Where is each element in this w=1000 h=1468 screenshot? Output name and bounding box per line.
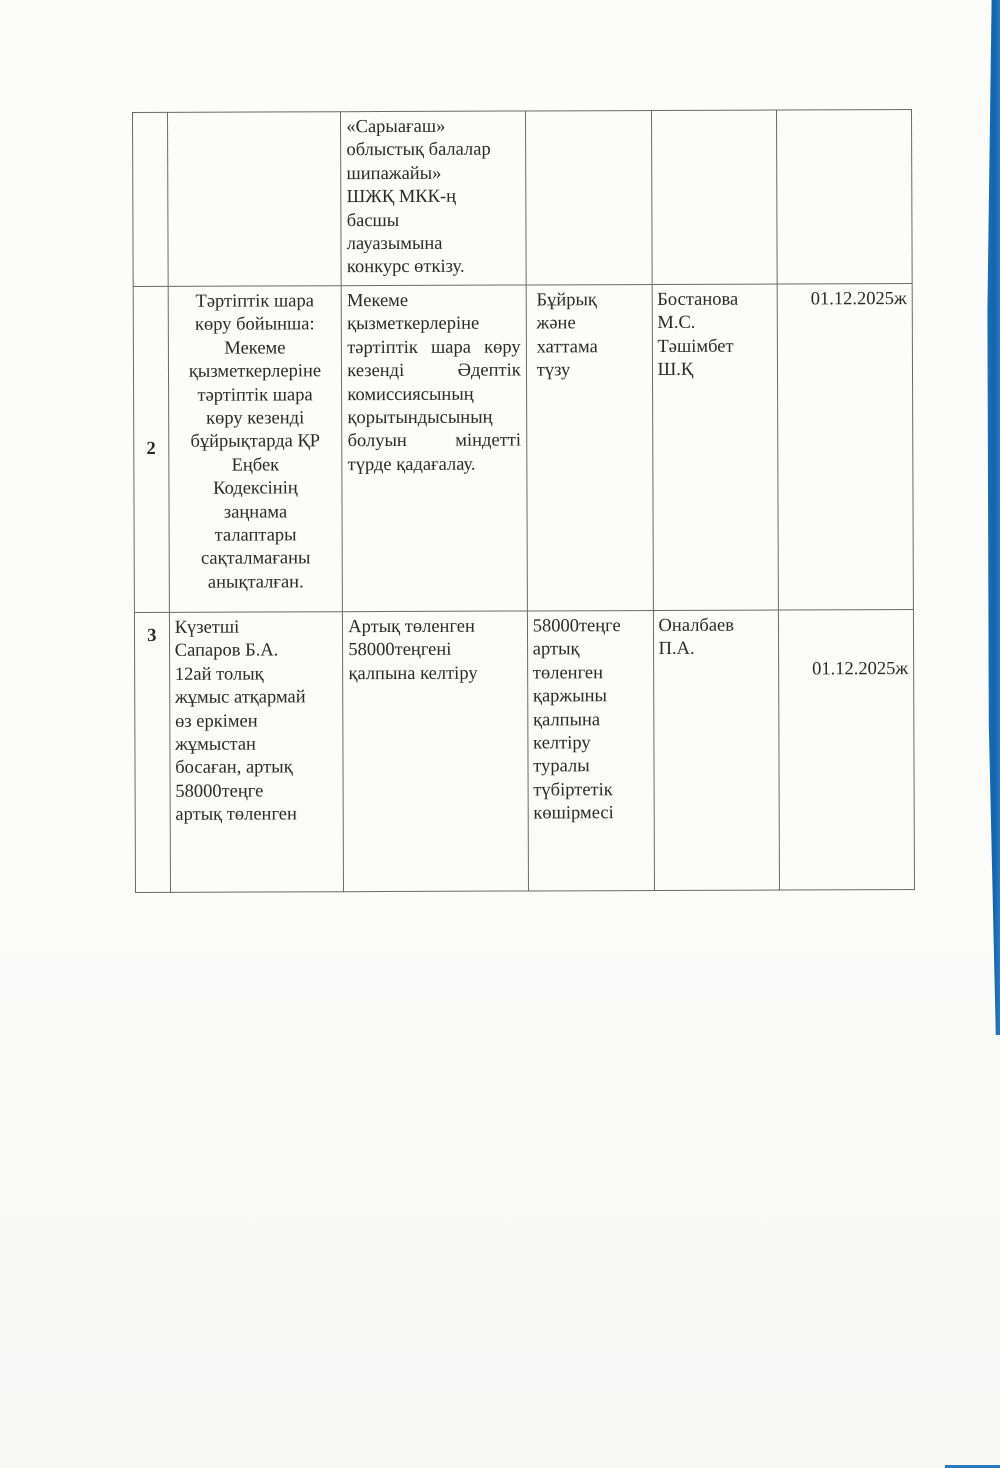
cell-text-line: сақталмағаны [174, 548, 337, 572]
cell-text-line: түзу [537, 359, 647, 383]
cell-text-line: заңнама [174, 501, 337, 525]
cell-text-line: конкурс өткізу. [347, 256, 521, 280]
cell-text-line: шипажайы» [346, 162, 520, 186]
cell-text-line: П.А. [659, 638, 774, 662]
cell-text-line: М.С. [657, 312, 772, 336]
cell-text-line: анықталған. [174, 571, 337, 595]
cell-text-line: бұйрықтарда ҚР [174, 431, 337, 455]
cell-text-line: талаптары [174, 524, 337, 548]
cell-text-line: қалпына [533, 709, 648, 733]
responsible-cell: ОналбаевП.А. [653, 610, 780, 890]
cell-text-line: және [536, 312, 646, 336]
cell-text-line: босаған, артық [175, 757, 338, 781]
cell-text-line: Кодексінің [174, 477, 337, 501]
cell-text-line: қалпына келтіру [348, 662, 522, 686]
row-number: 2 [133, 286, 169, 612]
cell-text-line: келтіру [533, 732, 648, 756]
table-row: 3 КүзетшіСапаров Б.А.12ай толықжұмыс атқ… [134, 610, 914, 893]
finding-cell: КүзетшіСапаров Б.А.12ай толықжұмыс атқар… [169, 612, 344, 893]
row-number: 3 [134, 612, 170, 892]
cell-text-line: өз еркімен [175, 710, 338, 734]
deadline-cell: 01.12.2025ж [778, 284, 914, 611]
cell-text-line: көру бойынша: [173, 314, 336, 338]
cell-text-line: Бұйрық [536, 289, 646, 313]
cell-text-line: тәртіптік шара [174, 384, 337, 408]
action-cell: Мекеме қызметкерлеріне тәртіптік шара кө… [341, 285, 527, 612]
document-cell: 58000теңгеартықтөленгенқаржынықалпынакел… [527, 611, 654, 891]
cell-text-line: басшы [347, 209, 521, 233]
cell-text-line: Ш.Қ [658, 359, 773, 383]
cell-text-line: туралы [533, 755, 648, 779]
responsible-cell: БостановаМ.С.ТәшімбетШ.Қ [652, 284, 779, 610]
cell-text-line: лауазымына [347, 233, 521, 257]
cell-text-line: жұмыстан [175, 733, 338, 757]
cell-text-line: «Сарыағаш» [346, 116, 520, 140]
cell-text-line: қаржыны [533, 685, 648, 709]
cell-text-line: артық [533, 638, 648, 662]
cell-text-line: 58000теңгені [348, 639, 522, 663]
cell-text-line: қызметкерлеріне [174, 360, 337, 384]
cell-text-line: ШЖҚ МКК-ң [347, 186, 521, 210]
cell-text-line: 58000теңге [533, 615, 648, 639]
deadline-cell [777, 110, 912, 285]
cell-text-line: Бостанова [657, 289, 772, 313]
cell-text-line: көру кезенді [174, 407, 337, 431]
cell-text-line: артық төленген [175, 803, 338, 827]
action-cell: «Сарыағаш»облыстық балаларшипажайы»ШЖҚ М… [341, 111, 526, 286]
action-plan-table: «Сарыағаш»облыстық балаларшипажайы»ШЖҚ М… [132, 109, 915, 893]
cell-text-line: Артық төленген [348, 616, 522, 640]
cell-text-line: 12ай толық [175, 663, 338, 687]
table-row: «Сарыағаш»облыстық балаларшипажайы»ШЖҚ М… [133, 110, 913, 287]
cell-text-line: Оналбаев [658, 615, 773, 639]
responsible-cell [651, 110, 778, 284]
cell-text-line: 58000теңге [175, 780, 338, 804]
cell-text-line: облыстық балалар [346, 139, 520, 163]
cell-text-line: төленген [533, 662, 648, 686]
row-number [133, 112, 168, 286]
cell-text-line: көшірмесі [533, 802, 648, 826]
cell-text-line: Тәшімбет [657, 335, 772, 359]
cell-text-line: жұмыс атқармай [175, 686, 338, 710]
cell-text-line: Мекеме [174, 337, 337, 361]
cell-text-line: Еңбек [174, 454, 337, 478]
finding-cell [167, 112, 341, 287]
cell-text-line: хаттама [537, 336, 647, 360]
deadline-cell: 01.12.2025ж [779, 610, 915, 891]
cell-text-line: түбіртетік [533, 779, 648, 803]
finding-cell: Тәртіптік шаракөру бойынша:Мекемеқызметк… [168, 286, 343, 613]
cell-text-line: Тәртіптік шара [173, 290, 336, 314]
document-cell [525, 111, 652, 285]
document-cell: Бұйрықжәнехаттаматүзу [526, 285, 653, 611]
cell-text-line: Күзетші [175, 616, 338, 640]
cell-text-line: Сапаров Б.А. [175, 640, 338, 664]
table-row: 2 Тәртіптік шаракөру бойынша:Мекемеқызме… [133, 284, 913, 613]
action-cell: Артық төленген58000теңгеніқалпына келтір… [343, 611, 529, 892]
